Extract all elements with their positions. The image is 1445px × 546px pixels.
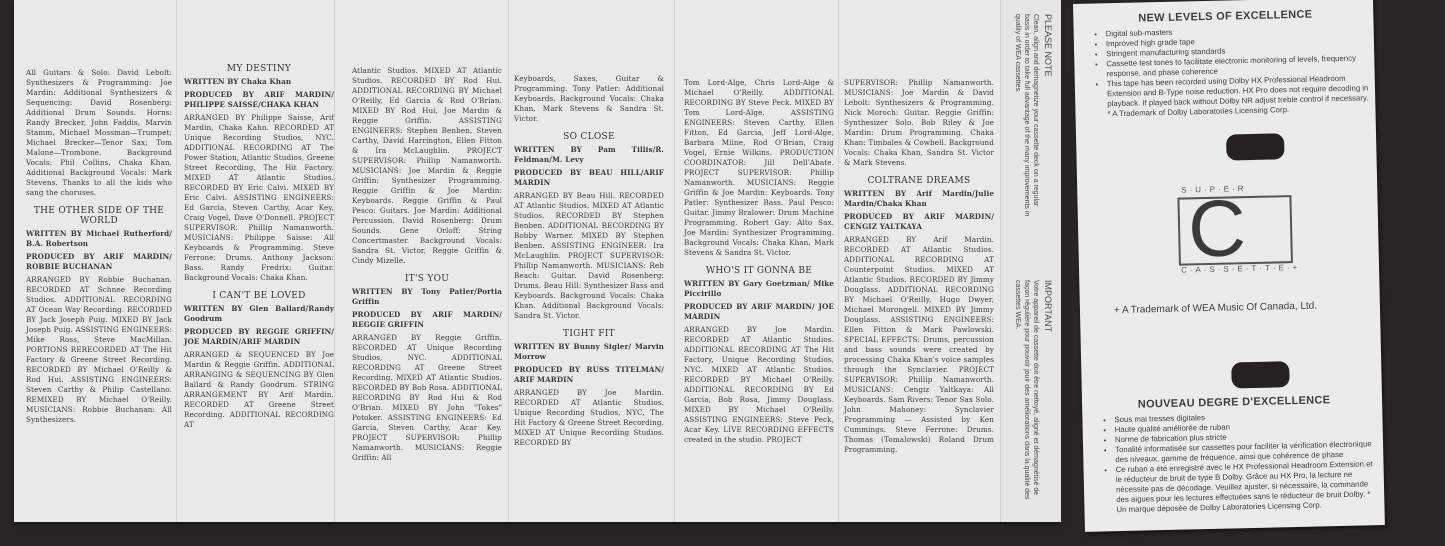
- song-title: THE OTHER SIDE OF THE WORLD: [26, 206, 172, 226]
- credits-text: SUPERVISOR: Phillip Namanworth. MUSICIAN…: [844, 78, 994, 168]
- spindle-slot: [1226, 133, 1285, 160]
- important-text: Votre appareil de cassette doit être net…: [1013, 280, 1040, 510]
- written-by: WRITTEN BY Chaka Khan: [184, 77, 334, 87]
- liner-panel-6: SUPERVISOR: Phillip Namanworth. MUSICIAN…: [844, 78, 994, 458]
- logo-bottom-text: C·A·S·S·E·T·T·E·+: [1181, 263, 1300, 275]
- important-note: IMPORTANT Votre appareil de cassette doi…: [1013, 280, 1053, 510]
- credits-text: ARRANGED BY Joe Mardin. RECORDED AT Atla…: [514, 388, 664, 448]
- written-by: WRITTEN BY Arif Mardin/Julie Mardin/Chak…: [844, 189, 994, 209]
- credits-text: ARRANGED BY Joe Mardin. RECORDED AT Atla…: [684, 325, 834, 445]
- section-title: NOUVEAU DEGRE D'EXCELLENCE: [1092, 393, 1376, 411]
- cassette-liner-notes: All Guitars & Solo: David Lebolt: Synthe…: [14, 0, 1060, 522]
- credits-text: ARRANGED BY Beau Hill. RECORDED AT Atlan…: [514, 191, 664, 321]
- fold-line: [334, 0, 335, 522]
- super-cassette-logo: S·U·P·E·R C C·A·S·S·E·T·T·E·+: [1073, 0, 1373, 4]
- c-logo-icon: C: [1187, 188, 1247, 269]
- logo-box: C: [1177, 195, 1293, 266]
- fold-line: [508, 0, 509, 522]
- produced-by: PRODUCED BY ARIF MARDIN/ JOE MARDIN: [684, 302, 834, 322]
- produced-by: PRODUCED BY RUSS TITELMAN/ ARIF MARDIN: [514, 365, 664, 385]
- credits-text: Atlantic Studios. MIXED AT Atlantic Stud…: [352, 66, 502, 266]
- written-by: WRITTEN BY Bunny Sigler/ Marvin Morrow: [514, 342, 664, 362]
- credits-text: All Guitars & Solo: David Lebolt: Synthe…: [26, 68, 172, 198]
- section-title: NEW LEVELS OF EXCELLENCE: [1083, 7, 1367, 25]
- credits-text: ARRANGED BY Robbie Buchanan. RECORDED AT…: [26, 275, 172, 425]
- credits-text: ARRANGED BY Arif Mardin. RECORDED AT Atl…: [844, 235, 994, 455]
- credits-text: ARRANGED BY Philippe Saisse, Arif Mardin…: [184, 113, 334, 283]
- song-title: IT'S YOU: [352, 274, 502, 284]
- super-c-insert: NEW LEVELS OF EXCELLENCE Digital sub-mas…: [1073, 0, 1385, 532]
- credits-text: Tom Lord-Alge, Chris Lord-Alge & Michael…: [684, 78, 834, 258]
- written-by: WRITTEN BY Pam Tillis/R. Feldman/M. Levy: [514, 145, 664, 165]
- written-by: WRITTEN BY Gary Goetzman/ Mike Piccirill…: [684, 279, 834, 299]
- song-title: I CAN'T BE LOVED: [184, 291, 334, 301]
- liner-panel-1: All Guitars & Solo: David Lebolt: Synthe…: [26, 68, 172, 428]
- liner-panel-4: Keyboards, Saxes, Guitar & Programming. …: [514, 74, 664, 451]
- liner-panel-3: Atlantic Studios. MIXED AT Atlantic Stud…: [352, 66, 502, 466]
- trademark-text: + A Trademark of WEA Music Of Canada, Lt…: [1114, 301, 1317, 317]
- liner-panel-2: MY DESTINY WRITTEN BY Chaka Khan PRODUCE…: [184, 64, 334, 433]
- spindle-slot: [1231, 361, 1290, 388]
- written-by: WRITTEN BY Tony Patler/Portia Griffin: [352, 287, 502, 307]
- please-note-text: Clean, align and demagnetize your casset…: [1013, 14, 1040, 224]
- feature-list: Sous mai tresses digitales Haute qualité…: [1092, 409, 1378, 515]
- please-note-title: PLEASE NOTE: [1043, 14, 1053, 224]
- fold-line: [176, 0, 177, 522]
- english-section: NEW LEVELS OF EXCELLENCE Digital sub-mas…: [1083, 7, 1369, 119]
- produced-by: PRODUCED BY ARIF MARDIN/ REGGIE GRIFFIN: [352, 310, 502, 330]
- list-item: Ce ruban a été enregistré avec le HX Pro…: [1115, 459, 1378, 515]
- feature-list: Digital sub-masters Improved high grade …: [1084, 23, 1370, 119]
- please-note: PLEASE NOTE Clean, align and demagnetize…: [1013, 14, 1053, 224]
- credits-text: Keyboards, Saxes, Guitar & Programming. …: [514, 74, 664, 124]
- song-title: WHO'S IT GONNA BE: [684, 266, 834, 276]
- spine-panel: PLEASE NOTE Clean, align and demagnetize…: [1000, 0, 1061, 522]
- produced-by: PRODUCED BY ARIF MARDIN/ CENGIZ YALTKAYA: [844, 212, 994, 232]
- produced-by: PRODUCED BY ARIF MARDIN/ ROBBIE BUCHANAN: [26, 252, 172, 272]
- song-title: SO CLOSE: [514, 132, 664, 142]
- produced-by: PRODUCED BY BEAU HILL/ARIF MARDIN: [514, 168, 664, 188]
- produced-by: PRODUCED BY ARIF MARDIN/ PHILIPPE SAISSE…: [184, 90, 334, 110]
- liner-panel-5: Tom Lord-Alge, Chris Lord-Alge & Michael…: [684, 78, 834, 448]
- list-item: This tape has been recorded using Dolby …: [1107, 73, 1370, 119]
- credits-text: ARRANGED BY Reggie Griffin. RECORDED AT …: [352, 333, 502, 463]
- song-title: MY DESTINY: [184, 64, 334, 74]
- song-title: TIGHT FIT: [514, 329, 664, 339]
- french-section: NOUVEAU DEGRE D'EXCELLENCE Sous mai tres…: [1092, 393, 1379, 515]
- song-title: COLTRANE DREAMS: [844, 176, 994, 186]
- fold-line: [838, 0, 839, 522]
- written-by: WRITTEN BY Michael Rutherford/ B.A. Robe…: [26, 229, 172, 249]
- produced-by: PRODUCED BY REGGIE GRIFFIN/ JOE MARDIN/A…: [184, 327, 334, 347]
- credits-text: ARRANGED & SEQUENCED BY Joe Mardin & Reg…: [184, 350, 334, 430]
- important-title: IMPORTANT: [1043, 280, 1053, 510]
- written-by: WRITTEN BY Glen Ballard/Randy Goodrum: [184, 304, 334, 324]
- fold-line: [674, 0, 675, 522]
